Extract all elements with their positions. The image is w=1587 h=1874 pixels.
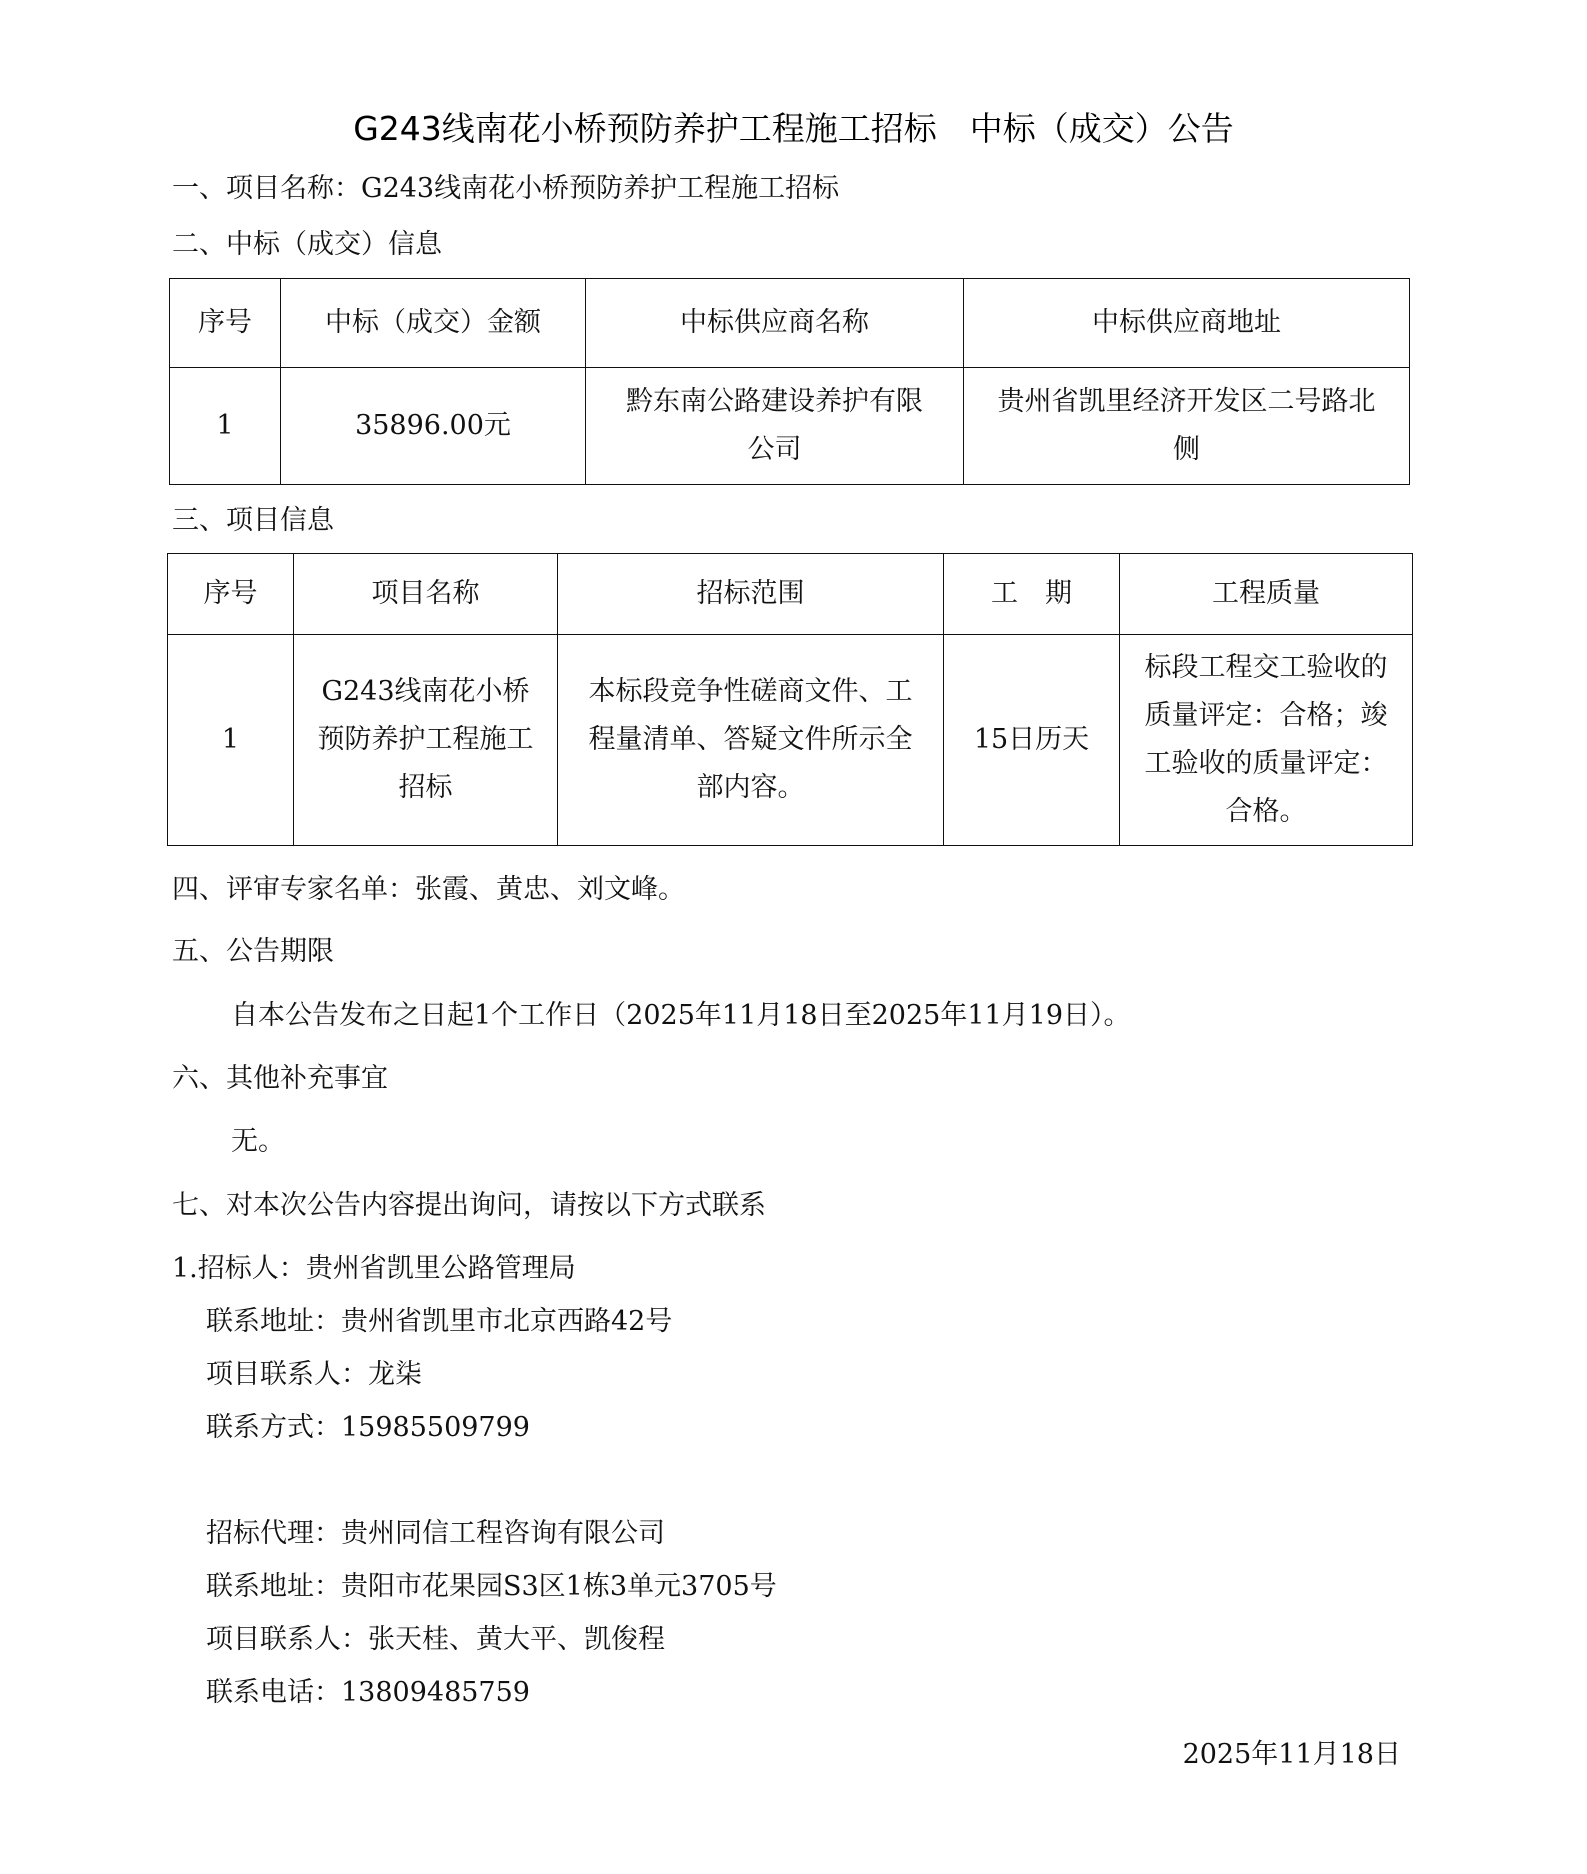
section-project-info-heading: 三、项目信息 <box>172 504 334 538</box>
agent-phone: 联系电话：13809485759 <box>206 1676 530 1710</box>
page-title: G243线南花小桥预防养护工程施工招标 中标（成交）公告 <box>0 103 1587 150</box>
header-cell: 项目名称 <box>294 554 558 635</box>
section-period-body: 自本公告发布之日起1个工作日（2025年11月18日至2025年11月19日）。 <box>231 999 1131 1033</box>
agent-address: 联系地址：贵阳市花果园S3区1栋3单元3705号 <box>206 1570 777 1604</box>
award-table: 序号 中标（成交）金额 中标供应商名称 中标供应商地址 1 35896.00元 … <box>169 278 1410 485</box>
header-cell: 工 期 <box>944 554 1120 635</box>
section-award-heading: 二、中标（成交）信息 <box>172 228 442 262</box>
section-contact-heading: 七、对本次公告内容提出询问，请按以下方式联系 <box>172 1189 766 1223</box>
agent-name: 招标代理：贵州同信工程咨询有限公司 <box>206 1517 665 1551</box>
header-cell: 工程质量 <box>1120 554 1413 635</box>
project-table: 序号 项目名称 招标范围 工 期 工程质量 1 G243线南花小桥预防养护工程施… <box>167 553 1413 846</box>
header-cell: 序号 <box>168 554 294 635</box>
table-row: 1 35896.00元 黔东南公路建设养护有限公司 贵州省凯里经济开发区二号路北… <box>170 368 1410 485</box>
header-cell: 中标（成交）金额 <box>281 279 586 368</box>
header-cell: 中标供应商地址 <box>964 279 1410 368</box>
cell-amount: 35896.00元 <box>281 368 586 485</box>
cell-duration: 15日历天 <box>944 635 1120 846</box>
award-table-header: 序号 中标（成交）金额 中标供应商名称 中标供应商地址 <box>170 279 1410 368</box>
cell-supplier-address: 贵州省凯里经济开发区二号路北侧 <box>964 368 1410 485</box>
tenderer-contact: 项目联系人：龙柒 <box>206 1358 422 1392</box>
tenderer-name: 1.招标人：贵州省凯里公路管理局 <box>172 1252 576 1286</box>
cell-index: 1 <box>168 635 294 846</box>
table-row: 1 G243线南花小桥预防养护工程施工招标 本标段竞争性磋商文件、工程量清单、答… <box>168 635 1413 846</box>
header-cell: 中标供应商名称 <box>586 279 964 368</box>
header-cell: 招标范围 <box>558 554 944 635</box>
agent-contact: 项目联系人：张天桂、黄大平、凯俊程 <box>206 1623 665 1657</box>
cell-supplier-name: 黔东南公路建设养护有限公司 <box>586 368 964 485</box>
section-other-body: 无。 <box>231 1125 285 1159</box>
section-project-name: 一、项目名称：G243线南花小桥预防养护工程施工招标 <box>172 172 839 206</box>
cell-index: 1 <box>170 368 281 485</box>
cell-scope: 本标段竞争性磋商文件、工程量清单、答疑文件所示全部内容。 <box>558 635 944 846</box>
cell-project-name: G243线南花小桥预防养护工程施工招标 <box>294 635 558 846</box>
cell-quality: 标段工程交工验收的质量评定：合格；竣工验收的质量评定：合格。 <box>1120 635 1413 846</box>
tenderer-address: 联系地址：贵州省凯里市北京西路42号 <box>206 1305 672 1339</box>
section-period-heading: 五、公告期限 <box>172 935 334 969</box>
header-cell: 序号 <box>170 279 281 368</box>
project-table-header: 序号 项目名称 招标范围 工 期 工程质量 <box>168 554 1413 635</box>
section-other-heading: 六、其他补充事宜 <box>172 1062 388 1096</box>
section-experts: 四、评审专家名单：张霞、黄忠、刘文峰。 <box>172 873 685 907</box>
announcement-date: 2025年11月18日 <box>1183 1732 1401 1771</box>
tenderer-phone: 联系方式：15985509799 <box>206 1411 530 1445</box>
